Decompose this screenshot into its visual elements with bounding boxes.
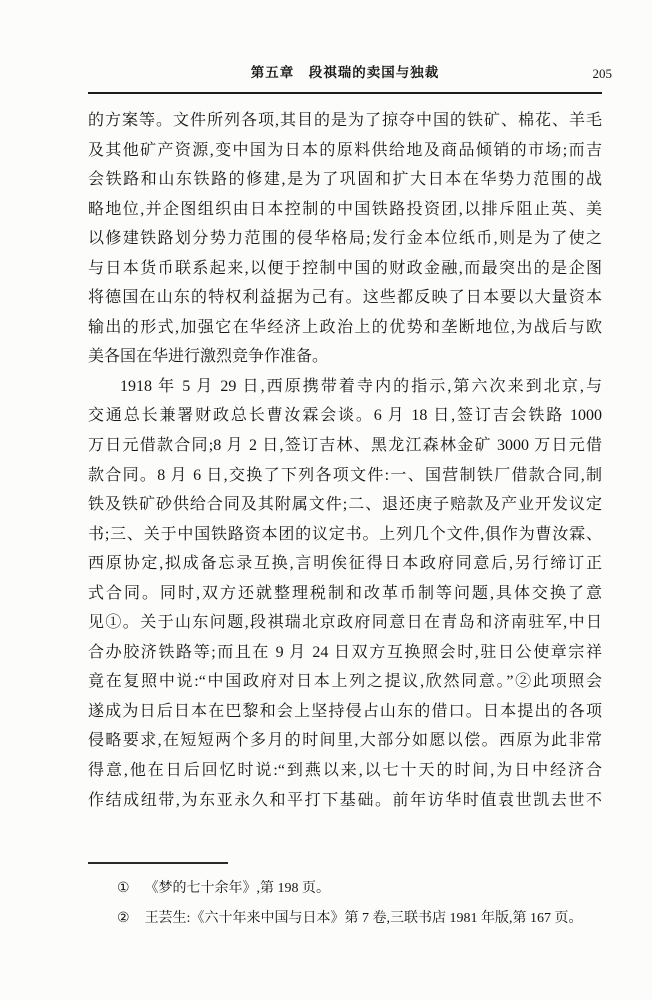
body-line: 式合同。同时,双方还就整理税制和改革币制等问题,具体交换了意	[88, 579, 602, 609]
body-line: 美各国在华进行激烈竞争作准备。	[88, 342, 602, 372]
body-line: 略地位,并企图组织由日本控制的中国铁路投资团,以排斥阻止英、美	[88, 195, 602, 225]
page-number: 205	[593, 64, 613, 84]
body-line: 遂成为日后日本在巴黎和会上坚持侵占山东的借口。日本提出的各项	[88, 697, 602, 727]
body-line: 的方案等。文件所列各项,其目的是为了掠夺中国的铁矿、棉花、羊毛	[88, 106, 602, 136]
footnote-separator	[88, 862, 228, 864]
body-line: 万日元借款合同;8 月 2 日,签订吉林、黑龙江森林金矿 3000 万日元借	[88, 431, 602, 461]
body-line: 及其他矿产资源,变中国为日本的原料供给地及商品倾销的市场;而吉	[88, 136, 602, 166]
header-rule	[88, 92, 602, 94]
body-line: 款合同。8 月 6 日,交换了下列各项文件:一、国营制铁厂借款合同,制	[88, 461, 602, 491]
body-line: 将德国在山东的特权利益据为己有。这些都反映了日本要以大量资本	[88, 283, 602, 313]
chapter-title: 第五章 段祺瑞的卖国与独裁	[88, 62, 602, 84]
body-line: 铁及铁矿砂供给合同及其附属文件;二、退还庚子赔款及产业开发议定	[88, 490, 602, 520]
body-line: 输出的形式,加强它在华经济上政治上的优势和垄断地位,为战后与欧	[88, 313, 602, 343]
footnote-item: ① 《梦的七十余年》,第 198 页。	[88, 874, 628, 904]
footnote-text: 王芸生:《六十年来中国与日本》第 7 卷,三联书店 1981 年版,第 167 …	[145, 904, 583, 934]
body-line: 与日本货币联系起来,以便于控制中国的财政金融,而最突出的是企图	[88, 254, 602, 284]
body-line: 得意,他在日后回忆时说:“到燕以来,以七十天的时间,为日中经济合	[88, 756, 602, 786]
body-line: 竟在复照中说:“中国政府对日本上列之提议,欣然同意。”②此项照会	[88, 667, 602, 697]
body-line: 书;三、关于中国铁路资本团的议定书。上列几个文件,俱作为曹汝霖、	[88, 520, 602, 550]
running-header: 第五章 段祺瑞的卖国与独裁	[88, 62, 602, 84]
footnotes: ① 《梦的七十余年》,第 198 页。 ② 王芸生:《六十年来中国与日本》第 7…	[88, 874, 628, 934]
body-text: 的方案等。文件所列各项,其目的是为了掠夺中国的铁矿、棉花、羊毛 及其他矿产资源,…	[88, 106, 602, 815]
body-line: 西原协定,拟成备忘录互换,言明俟征得日本政府同意后,另行缔订正	[88, 549, 602, 579]
footnote-text: 《梦的七十余年》,第 198 页。	[145, 874, 331, 904]
body-line: 见①。关于山东问题,段祺瑞北京政府同意日在青岛和济南驻军,中日	[88, 608, 602, 638]
body-line: 以修建铁路划分势力范围的侵华格局;发行金本位纸币,则是为了使之	[88, 224, 602, 254]
body-line: 合办胶济铁路等;而且在 9 月 24 日双方互换照会时,驻日公使章宗祥	[88, 638, 602, 668]
footnote-item: ② 王芸生:《六十年来中国与日本》第 7 卷,三联书店 1981 年版,第 16…	[88, 904, 628, 934]
body-line: 会铁路和山东铁路的修建,是为了巩固和扩大日本在华势力范围的战	[88, 165, 602, 195]
footnote-marker: ①	[117, 874, 130, 904]
book-page: 第五章 段祺瑞的卖国与独裁 205 的方案等。文件所列各项,其目的是为了掠夺中国…	[0, 0, 652, 1000]
body-line: 交通总长兼署财政总长曹汝霖会谈。6 月 18 日,签订吉会铁路 1000	[88, 401, 602, 431]
body-line: 侵略要求,在短短两个多月的时间里,大部分如愿以偿。西原为此非常	[88, 726, 602, 756]
body-line: 作结成纽带,为东亚永久和平打下基础。前年访华时值袁世凯去世不	[88, 786, 602, 816]
body-line: 1918 年 5 月 29 日,西原携带着寺内的指示,第六次来到北京,与	[88, 372, 602, 402]
footnote-marker: ②	[117, 904, 130, 934]
